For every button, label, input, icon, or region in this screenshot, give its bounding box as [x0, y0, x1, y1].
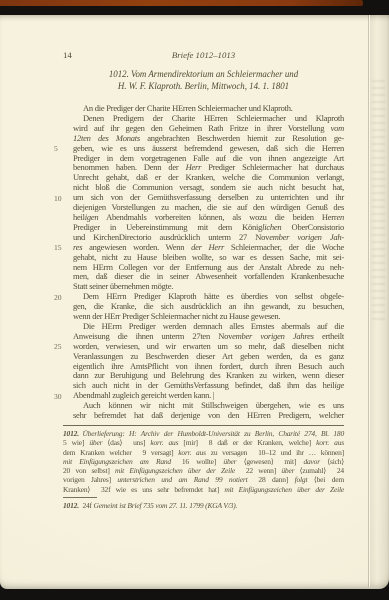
text-segment: korr. aus: [150, 438, 178, 447]
text-segment: Abendmahl zugleich gereicht werden kann.…: [73, 390, 214, 400]
text-segment: vom: [331, 123, 344, 133]
text-segment: [235, 466, 246, 475]
text-segment: über: [89, 438, 102, 447]
text-segment: korr. aus: [316, 438, 344, 447]
apparatus-line: 20 von selbst] mit Einfügungszeichen übe…: [63, 466, 344, 475]
text-segment: ember: [269, 232, 289, 242]
text-segment: sich auch nicht in der GemüthsVerfassung…: [73, 380, 334, 390]
book-scan: 14 Briefe 1012–1013 1012. Vom Armendirek…: [0, 0, 389, 600]
text-segment: heil: [73, 212, 85, 222]
text-segment: 32f wie es uns sehr befremdet hat]: [101, 485, 224, 494]
text-segment: 1012.: [63, 429, 79, 438]
text-segment: Auch können wir nicht mit Stillschweigen…: [83, 400, 344, 410]
text-segment: Überlieferung: H: Archiv der Humboldt-Un…: [82, 429, 344, 438]
text-segment: dem Kranken welcher: [63, 448, 143, 457]
text-segment: en: [336, 212, 344, 222]
running-header: 14 Briefe 1012–1013: [63, 50, 344, 62]
text-segment: Denen Predigern der Charite HErren Schle…: [83, 113, 344, 123]
text-segment: Veranlassungen zu Beschwerden dieser Art…: [73, 351, 344, 361]
text-segment: angewiesen worden. Wenn: [82, 242, 191, 252]
text-segment: Prediger in dem vorgetragenen Falle auf …: [73, 153, 344, 163]
text-segment: diejenigen Vorstellungen zu machen, die …: [73, 202, 344, 212]
commentary-separator-rule: [63, 497, 97, 498]
text-segment: gehabt, nicht zu Hause bleiben wollte, s…: [73, 252, 344, 262]
text-segment: 5 wie]: [63, 438, 89, 447]
text-segment: [mir]: [178, 438, 208, 447]
apparatus-line: 1012. Überlieferung: H: Archiv der Humbo…: [63, 429, 344, 438]
text-segment: korr. aus: [178, 448, 206, 457]
text-segment: wenn der HErr Prediger Schleiermacher ni…: [73, 311, 280, 321]
line-number: 5: [54, 144, 69, 154]
text-segment: Statt seiner übernehmen mögte.: [73, 281, 173, 291]
text-segment: 20 von selbst]: [63, 466, 115, 475]
letter-title-line2: H. W. F. Klaproth. Berlin, Mittwoch, 14.…: [53, 80, 354, 92]
text-segment: ige: [334, 380, 344, 390]
text-segment: men, daß dieser die in seiner Abwesenhei…: [73, 271, 344, 281]
body-line: sehr befremdet hat daß derjenige von den…: [73, 411, 344, 421]
text-segment: zu versagen: [206, 448, 258, 457]
text-segment: geben, wie es uns äusserst befremdend ge…: [73, 143, 344, 153]
text-segment: und KirchenDirectorio ausdrücklich unter…: [73, 232, 269, 242]
text-segment: Prediger Schleiermacher hat durchaus: [201, 162, 344, 172]
text-segment: 10–12 und ihr … können]: [258, 448, 344, 457]
text-segment: Unrecht gehabt, daß er der Kranken, welc…: [73, 172, 344, 182]
letter-title: 1012. Vom Armendirektorium an Schleierma…: [53, 68, 354, 92]
text-segment: über: [223, 457, 236, 466]
text-segment: vorigen Jahres: [260, 331, 313, 341]
text-segment: ertheilt: [314, 331, 344, 341]
line-number: 30: [54, 392, 69, 402]
text-segment: nicht bloß die Communion versagt, sonder…: [73, 182, 344, 192]
text-segment: Die HErrn Prediger werden demnach alles …: [83, 321, 344, 331]
text-segment: Prediger in Uebereinstimmung mit dem Kön…: [73, 222, 262, 232]
line-number: 15: [54, 243, 69, 253]
text-segment: [171, 457, 182, 466]
text-segment: 24f: [82, 501, 93, 510]
line-number: 25: [54, 342, 69, 352]
text-segment: OberConsistorio: [281, 222, 344, 232]
text-segment: ⟨bei dem: [307, 475, 344, 484]
text-segment: wird auf ihr gegen den Geheimen Rath Fri…: [73, 123, 331, 133]
text-segment: 24: [337, 466, 344, 475]
text-segment: res: [73, 242, 82, 252]
text-segment: mit Einfügungszeichen über der Zeile: [115, 466, 235, 475]
text-segment: Anweisung die ihnen unterm 27ten Nov: [73, 331, 232, 341]
text-segment: vorigen Jah-: [297, 232, 344, 242]
apparatus-line: vorigen Jahres] unterstrichen und am Ran…: [63, 475, 344, 484]
text-segment: angebrachten Beschwerden hiemit zur Reso…: [140, 133, 344, 143]
apparatus-line: mit Einfügungszeichen am Rand 16 wollte]…: [63, 457, 344, 466]
letter-title-line1: 1012. Vom Armendirektorium an Schleierma…: [53, 68, 354, 80]
text-segment: mit Einfügungszeichen am Rand: [63, 457, 171, 466]
text-segment: unterstrichen und am Rand 99 notiert: [117, 475, 247, 484]
text-segment: 1012.: [63, 501, 79, 510]
text-segment: mit Einfügungszeichen über der Zeile: [224, 485, 344, 494]
text-segment: nem HErrn Collegen vor der Entfernung au…: [73, 262, 344, 272]
text-segment: 12ten des Monats: [73, 133, 140, 143]
apparatus-line: Kranken⟩ 32f wie es uns sehr befremdet h…: [63, 485, 344, 494]
text-segment: über: [281, 466, 294, 475]
text-segment: folgt: [295, 475, 308, 484]
text-segment: An die Prediger der Charite HErren Schle…: [83, 103, 293, 113]
text-segment: lichen: [262, 222, 281, 232]
text-segment: worden, verwiesen, und wir erwarten um s…: [73, 341, 344, 351]
text-segment: benommen haben. Denn der: [73, 162, 186, 172]
running-head: Briefe 1012–1013: [63, 50, 344, 60]
text-segment: Abendmahls vorbereiten können, als wozu …: [98, 212, 336, 222]
text-segment: 8 daß er der Kranken, welche]: [209, 438, 316, 447]
text-segment: 22 wenn]: [246, 466, 282, 475]
commentary-line: 1012. 24f Gemeint ist Brief 735 vom 27. …: [63, 501, 344, 510]
text-segment: eigentlich ihre AmtsPflicht von ihnen fo…: [73, 361, 344, 371]
apparatus-line: dem Kranken welcher 9 versagt] korr. aus…: [63, 448, 344, 457]
text-segment: gen, die Kranke, die sich ausdrücklich a…: [73, 301, 344, 311]
text-segment: 28 dann]: [258, 475, 294, 484]
text-segment: sehr befremdet hat daß derjenige von den…: [73, 410, 344, 420]
line-number: 10: [54, 194, 69, 204]
text-segment: Dem HErrn Prediger Klaproth hätte es übe…: [83, 291, 344, 301]
text-segment: mit]: [284, 457, 303, 466]
text-segment: ⟨sich⟩: [320, 457, 344, 466]
text-segment: davor: [303, 457, 320, 466]
text-segment: uns]: [133, 438, 150, 447]
text-segment: ⟨gewesen⟩: [236, 457, 284, 466]
letter-body-text: An die Prediger der Charite HErren Schle…: [73, 104, 344, 421]
text-segment: Schleiermacher, der die Woche: [224, 242, 344, 252]
text-segment: ⟨zumahl⟩: [294, 466, 337, 475]
apparatus-line: 5 wie] über ⟨das⟩ uns] korr. aus [mir] 8…: [63, 438, 344, 447]
text-segment: ember: [232, 331, 252, 341]
text-segment: 9 versagt]: [143, 448, 179, 457]
text-segment: Kranken⟩: [63, 485, 101, 494]
text-segment: Herr: [186, 162, 202, 172]
page-edge-ghost-text: [372, 75, 385, 325]
text-segment: igen: [85, 212, 99, 222]
text-segment: 16 wollte]: [182, 457, 224, 466]
critical-apparatus: 1012. Überlieferung: H: Archiv der Humbo…: [63, 429, 344, 494]
text-segment: ⟨das⟩: [102, 438, 133, 447]
text-segment: vorigen Jahres]: [63, 475, 117, 484]
text-segment: um sich von der Gemüthsverfassung dersel…: [73, 192, 344, 202]
book-top-edge-stripe: [0, 0, 363, 6]
line-number: 20: [54, 293, 69, 303]
apparatus-separator-rule: [63, 425, 344, 426]
text-segment: [248, 475, 259, 484]
text-segment: dann zur Beruhigung und Belehrung des Kr…: [73, 370, 344, 380]
text-segment: Gemeint ist Brief 735 vom 27. 11. 1799 (…: [94, 501, 238, 510]
text-segment: der Herr: [191, 242, 224, 252]
